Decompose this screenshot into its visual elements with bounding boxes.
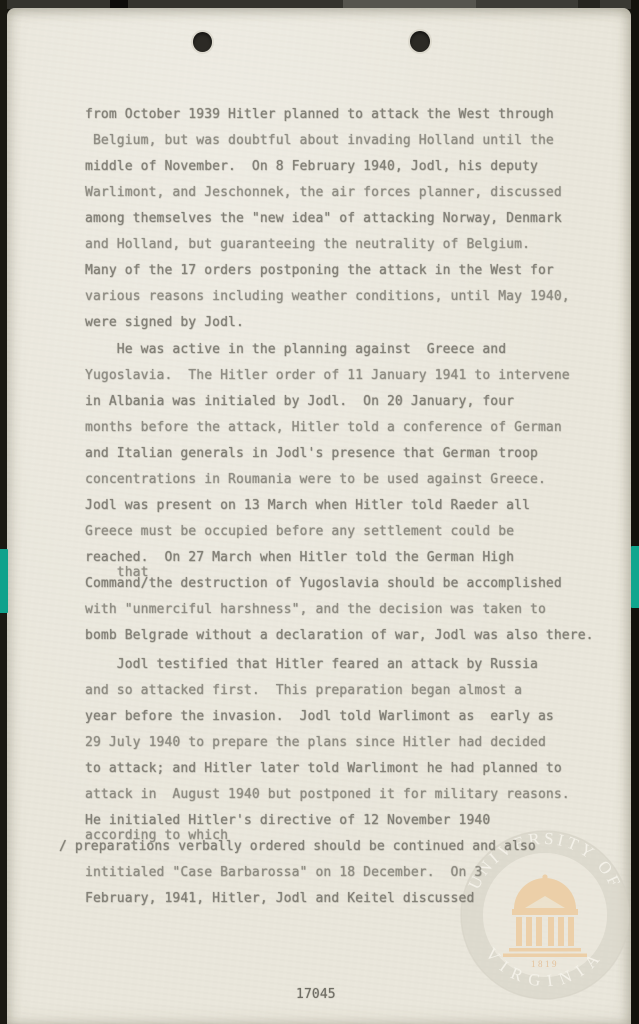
- scanned-document-page: { "scan": { "page_number": "17045", "pap…: [0, 0, 639, 1024]
- document-page: UNIVERSITY OF VIRGINIA 1819 from October…: [7, 8, 631, 1024]
- paragraph: from October 1939 Hitler planned to atta…: [85, 102, 570, 336]
- text-line: to attack; and Hitler later told Warlimo…: [85, 756, 570, 782]
- paragraph: He was active in the planning against Gr…: [85, 337, 594, 649]
- text-line: concentrations in Roumania were to be us…: [85, 467, 594, 493]
- tape-mark-right: [631, 546, 639, 608]
- scanner-left-edge: [0, 0, 7, 1024]
- text-line: Yugoslavia. The Hitler order of 11 Janua…: [85, 363, 594, 389]
- seal-year-text: 1819: [531, 959, 559, 969]
- text-line: bomb Belgrade without a declaration of w…: [85, 623, 594, 649]
- text-line: Jodl testified that Hitler feared an att…: [85, 652, 570, 678]
- text-line: Belgium, but was doubtful about invading…: [85, 128, 570, 154]
- text-line: and Holland, but guaranteeing the neutra…: [85, 232, 570, 258]
- text-line: and so attacked first. This preparation …: [85, 678, 570, 704]
- text-line: among themselves the "new idea" of attac…: [85, 206, 570, 232]
- text-line: Many of the 17 orders postponing the att…: [85, 258, 570, 284]
- punch-hole-icon: [410, 31, 430, 52]
- text-line: middle of November. On 8 February 1940, …: [85, 154, 570, 180]
- punch-hole-icon: [193, 32, 212, 52]
- text-line: intitialed "Case Barbarossa" on 18 Decem…: [85, 860, 570, 886]
- text-line: months before the attack, Hitler told a …: [85, 415, 594, 441]
- text-line: / preparations verbally ordered should b…: [59, 834, 570, 860]
- text-line: various reasons including weather condit…: [85, 284, 570, 310]
- text-line: Warlimont, and Jeschonnek, the air force…: [85, 180, 570, 206]
- tape-mark-left: [0, 549, 8, 613]
- text-line: Greece must be occupied before any settl…: [85, 519, 594, 545]
- text-line: Command/the destruction of Yugoslavia sh…: [85, 571, 594, 597]
- page-number: 17045: [296, 982, 336, 1008]
- text-line: were signed by Jodl.: [85, 310, 570, 336]
- text-line: February, 1941, Hitler, Jodl and Keitel …: [85, 886, 570, 912]
- text-line: reached. On 27 March when Hitler told th…: [85, 545, 594, 571]
- text-line: 29 July 1940 to prepare the plans since …: [85, 730, 570, 756]
- text-line: and Italian generals in Jodl's presence …: [85, 441, 594, 467]
- text-line: He was active in the planning against Gr…: [85, 337, 594, 363]
- paragraph: Jodl testified that Hitler feared an att…: [85, 652, 570, 912]
- text-line: Jodl was present on 13 March when Hitler…: [85, 493, 594, 519]
- text-line: attack in August 1940 but postponed it f…: [85, 782, 570, 808]
- text-line: year before the invasion. Jodl told Warl…: [85, 704, 570, 730]
- text-line: with "unmerciful harshness", and the dec…: [85, 597, 594, 623]
- text-line: from October 1939 Hitler planned to atta…: [85, 102, 570, 128]
- text-line: in Albania was initialed by Jodl. On 20 …: [85, 389, 594, 415]
